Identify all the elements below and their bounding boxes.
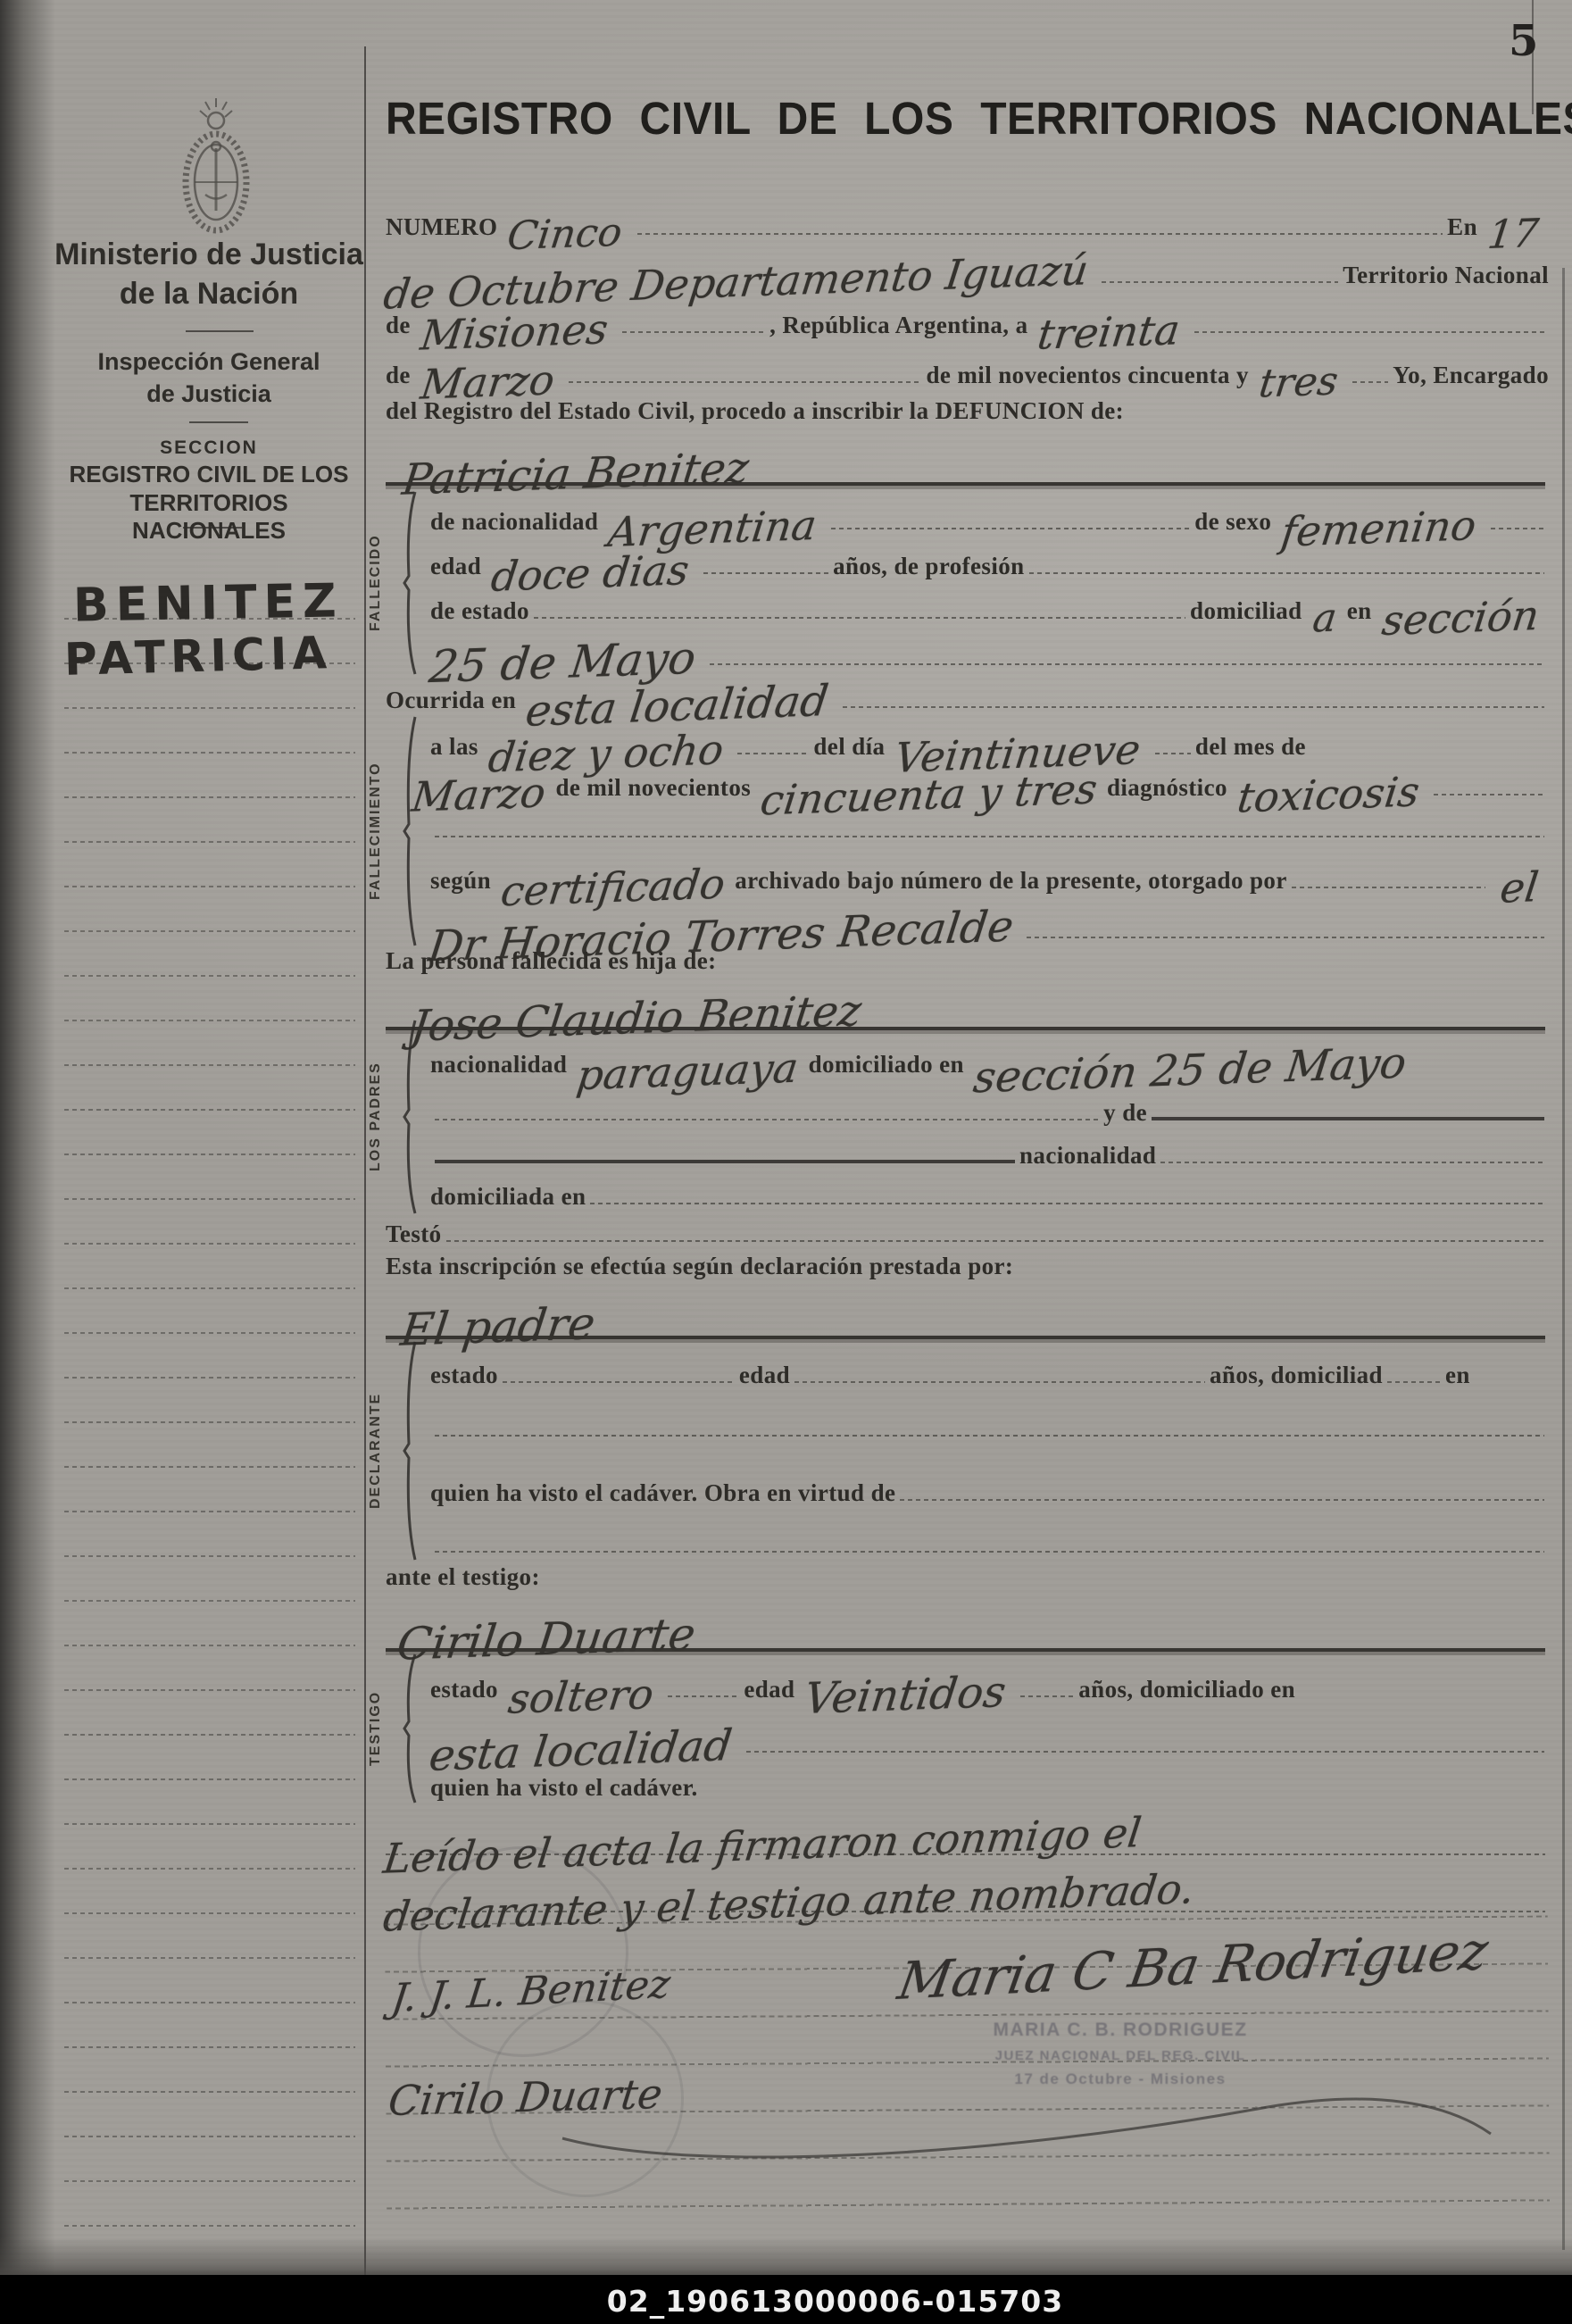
row-place: de Octubre Departamento Iguazú Territori… [386,245,1549,289]
estado-label: de estado [430,596,529,625]
stamp-line3: 17 de Octubre - Misiones [942,2070,1299,2088]
row-mother-domicile: domiciliada en [430,1177,1549,1211]
dotted-leader [534,617,1185,619]
dotted-leader [703,572,828,574]
row-father-nationality: nacionalidad paraguaya domiciliado en se… [430,1032,1549,1079]
section-line3: TERRITORIOS NACIONALES [54,489,364,545]
section-label-fallecimiento: FALLECIMIENTO [368,714,389,948]
form-title: REGISTRO CIVIL DE LOS TERRITORIOS NACION… [386,93,1546,145]
declarant-estado-label: estado [430,1361,498,1389]
witness-anios-label: años, domiciliado en [1078,1675,1295,1703]
declarante-brace [402,1339,418,1567]
mother-dom-label: domiciliada en [430,1182,586,1211]
section-label-declarante: DECLARANTE [368,1339,389,1562]
row-deceased-name: Patricia Benitez [386,423,1545,486]
dotted-leader [843,706,1544,708]
section-label-padres: LOS PADRES [368,1018,389,1216]
death-month-hw: Marzo [410,774,547,816]
dotted-leader [1491,528,1544,529]
de-label: de [386,361,411,389]
solid-underline [435,1160,1015,1163]
diagnostico-label: diagnóstico [1107,773,1227,802]
diagnosis-hw: toxicosis [1235,773,1421,816]
declarant-edad-label: edad [739,1361,790,1389]
dotted-leader [1102,281,1338,283]
paper-bottom-edge [0,2237,1572,2278]
yo-encargado-label: Yo, Encargado [1393,361,1549,389]
ocurrida-label: Ocurrida en [386,686,516,714]
row-doctor: Dr Horacio Torres Recalde [430,896,1549,945]
dotted-leader [435,1551,1544,1553]
witness-quien-label: quien ha visto el cadáver. [430,1773,698,1802]
row-ocurrida: Ocurrida en esta localidad [386,675,1549,714]
mes-label: del mes de [1195,732,1306,761]
row-ante-testigo: ante el testigo: [386,1564,1549,1591]
row-age-profession: edad doce dias años, de profesión [430,537,1549,580]
father-dom-hw: sección 25 de Mayo [971,1044,1408,1097]
row-y-de: y de [430,1091,1549,1127]
margin-divider-line [364,46,366,2275]
dotted-leader [435,1119,1099,1120]
segun-label: según [430,866,491,895]
book-gutter-shadow [0,0,55,2324]
inspection-line2: de Justicia [54,380,364,408]
republica-label: , República Argentina, a [769,311,1027,339]
mother-nat-label: nacionalidad [1019,1141,1156,1170]
solid-underline [1152,1117,1544,1120]
row-numero: NUMERO Cinco En 17 [386,198,1549,241]
row-blank-2 [430,1418,1549,1443]
coat-of-arms-icon [175,96,257,240]
sidebar-divider-3 [183,527,242,529]
dotted-leader [831,528,1190,529]
row-father-name: Jose Claudio Benitez [386,971,1545,1030]
section-label-testigo: TESTIGO [368,1652,389,1805]
en-label: En [1447,212,1477,241]
testigo-brace [402,1652,418,1810]
alas-label: a las [430,732,478,761]
row-hour-day: a las diez y ocho del día Veintinueve de… [430,720,1549,761]
dotted-leader [1352,381,1388,383]
dotted-leader [710,663,1544,665]
row-closing-1: Leído el acta la firmaron conmigo el [386,1805,1545,1859]
row-seccion-25mayo: 25 de Mayo [430,625,1549,671]
scan-caption: 02_190613000006-015703 [0,2284,1572,2319]
section-line2: REGISTRO CIVIL DE LOS [54,461,364,488]
ministry-line2: de la Nación [54,277,364,312]
dotted-leader [590,1203,1544,1204]
quien-label: quien ha visto el cadáver. Obra en virtu… [430,1479,895,1507]
dotted-leader [1020,1695,1074,1697]
dotted-leader [1292,887,1485,888]
numero-label: NUMERO [386,212,497,241]
row-certificate: según certificado archivado bajo número … [430,850,1549,895]
row-witness-name: Cirilo Duarte [386,1591,1545,1652]
dotted-leader [637,233,1443,235]
margin-ruled-lines [64,618,355,2234]
intro-label: del Registro del Estado Civil, procedo a… [386,396,1124,425]
fallecimiento-brace [402,714,418,953]
dotted-leader [569,381,921,383]
witness-edad-label: edad [744,1675,794,1703]
dotted-leader [737,753,809,754]
row-estado-domicilio: de estado domiciliad a en sección [430,582,1549,625]
row-mother-nationality: nacionalidad [430,1134,1549,1170]
anio-hw: cincuenta y tres [759,771,1100,819]
nationality-label: de nacionalidad [430,507,598,536]
declarant-anios-label: años, domiciliad [1210,1361,1383,1389]
row-witness-domicile: esta localidad [430,1709,1549,1759]
row-testo: Testó [386,1216,1549,1248]
inspection-line1: Inspección General [54,348,364,376]
stamp-line1: MARIA C. B. RODRIGUEZ [942,2020,1299,2041]
paper-right-edge [1562,268,1565,2250]
row-declarant: El padre [386,1280,1545,1339]
row-intro: del Registro del Estado Civil, procedo a… [386,396,1549,425]
declaration-intro-label: Esta inscripción se efectúa según declar… [386,1252,1013,1280]
de-label: de [386,311,411,339]
age-label: edad [430,552,481,580]
row-blank-3 [430,1534,1549,1559]
domiciliad-label: domiciliad [1190,596,1302,625]
profession-label: años, de profesión [833,552,1025,580]
section-label-fallecido: FALLECIDO [368,489,389,677]
dotted-leader [668,1695,739,1697]
row-month-year: de Marzo de mil novecientos cincuenta y … [386,345,1549,389]
father-nat-label: nacionalidad [430,1050,567,1079]
father-dom-label: domiciliado en [809,1050,964,1079]
padres-brace [402,1018,418,1220]
ministry-line1: Ministerio de Justicia [54,237,364,272]
stamp-line2: JUEZ NACIONAL DEL REG. CIVIL [942,2048,1299,2063]
archivado-label: archivado bajo número de la presente, ot… [735,866,1287,895]
margin-note-firstname: PATRICIA [63,627,332,686]
father-nat-hw: paraguaya [575,1049,801,1094]
y-de-label: y de [1103,1098,1147,1127]
territory-label: Territorio Nacional [1343,261,1549,289]
dotted-leader [900,1499,1544,1501]
row-quien-declarant: quien ha visto el cadáver. Obra en virtu… [430,1471,1549,1507]
dotted-leader [746,1751,1544,1753]
dotted-leader [435,836,1544,837]
year-label: de mil novecientos cincuenta y [926,361,1248,389]
dotted-leader [503,1381,735,1383]
sidebar-divider-1 [186,330,254,332]
testo-label: Testó [386,1220,442,1248]
declarant-en-label: en [1445,1361,1470,1389]
declarant-hw: El padre [399,1304,597,1351]
margin-note-surname: BENITEZ [72,574,344,632]
scan-caption-band: 02_190613000006-015703 [0,2275,1572,2324]
dotted-leader [622,331,765,333]
row-blank-1 [430,817,1549,844]
en-label: en [1347,596,1372,625]
section-line1: SECCION [54,437,364,459]
sex-label: de sexo [1194,507,1271,536]
dotted-leader [435,1435,1544,1437]
row-declarant-estado: estado edad años, domiciliad en [430,1350,1549,1389]
dotted-leader [1387,1381,1441,1383]
sidebar-divider-2 [189,421,248,423]
ante-testigo-label: ante el testigo: [386,1562,540,1591]
row-declaration-intro: Esta inscripción se efectúa según declar… [386,1254,1549,1280]
row-death-month-diagnosis: Marzo de mil novecientos cincuenta y tre… [412,761,1549,802]
scanned-death-record-page: 5 Ministerio de Justicia de la Nación In… [0,0,1572,2324]
dotted-leader [1160,1162,1544,1163]
dotted-leader [1027,937,1544,938]
dotted-leader [1434,794,1544,795]
dotted-leader [1029,572,1544,574]
row-territory: de Misiones , República Argentina, a tre… [386,295,1549,339]
registrar-stamp: MARIA C. B. RODRIGUEZ JUEZ NACIONAL DEL … [942,2020,1299,2088]
dotted-leader [1194,331,1544,333]
dia-label: del día [813,732,885,761]
page-number: 5 [1509,16,1538,66]
fallecido-brace [402,489,418,681]
dotted-leader [794,1381,1205,1383]
witness-dom-hw: esta localidad [428,1727,735,1776]
row-nationality-sex: de nacionalidad Argentina de sexo femeni… [430,493,1549,536]
row-witness-estado: estado soltero edad Veintidos años, domi… [430,1657,1549,1703]
dotted-leader [446,1240,1544,1242]
witness-estado-label: estado [430,1675,498,1703]
anio-label: de mil novecientos [555,773,751,802]
row-quien-witness: quien ha visto el cadáver. [430,1775,1549,1802]
dotted-leader [1155,753,1191,754]
